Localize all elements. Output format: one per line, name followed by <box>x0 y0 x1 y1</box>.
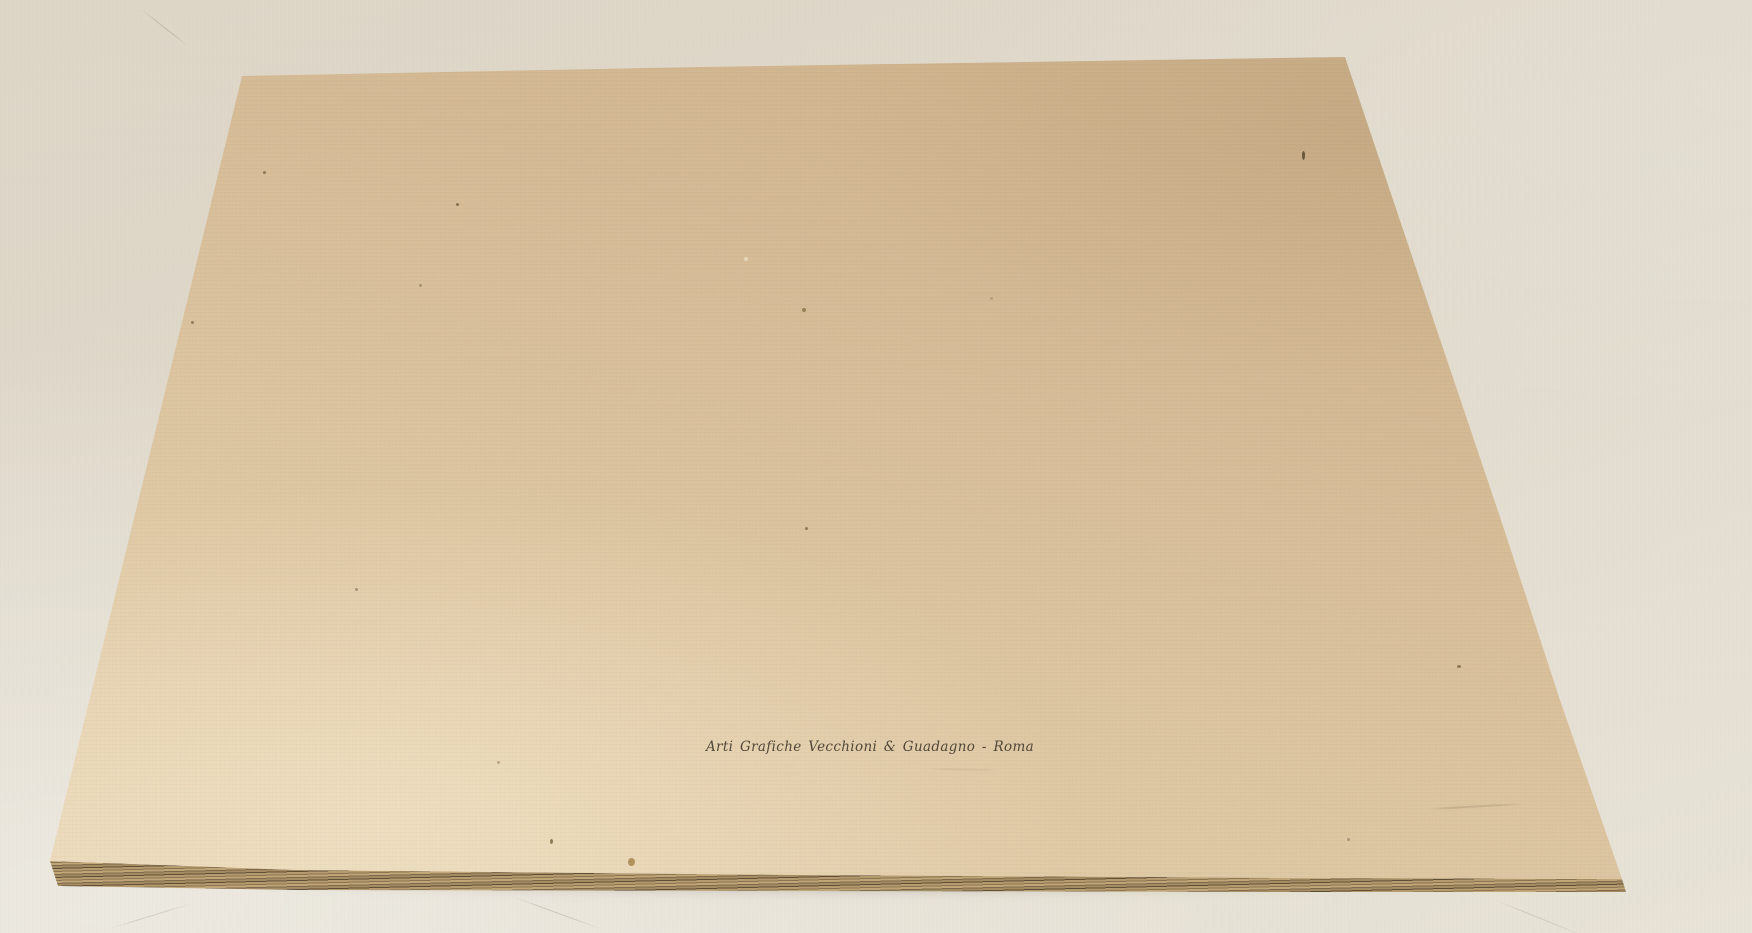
paper-speck <box>550 839 553 844</box>
surface-scratch-line <box>110 903 192 929</box>
paper-speck <box>805 527 808 530</box>
paper-speck <box>456 203 459 206</box>
paper-speck <box>355 588 358 591</box>
paper-speck <box>1457 665 1461 668</box>
paper-speck <box>191 321 194 324</box>
paper-speck <box>263 171 266 174</box>
paper-scuff-line <box>930 768 1000 771</box>
paper-speck <box>1347 838 1350 841</box>
photo-scene: Arti Grafiche Vecchioni & Guadagno - Rom… <box>0 0 1752 933</box>
paper-scuff-line <box>1428 803 1524 810</box>
imprint-text: Arti Grafiche Vecchioni & Guadagno - Rom… <box>706 739 1034 755</box>
paper-speck <box>497 761 500 764</box>
paper-speck <box>628 858 635 866</box>
paper-speck <box>802 308 806 312</box>
paper-speck <box>1302 151 1305 160</box>
paper-speck <box>419 284 422 287</box>
paper-speck <box>744 257 748 261</box>
surface-scratch-line <box>1496 900 1582 933</box>
paper-speck <box>990 297 993 300</box>
surface-scratch-line <box>140 8 189 47</box>
album-back-cover: Arti Grafiche Vecchioni & Guadagno - Rom… <box>0 0 1752 933</box>
surface-scratch-line <box>512 896 602 929</box>
